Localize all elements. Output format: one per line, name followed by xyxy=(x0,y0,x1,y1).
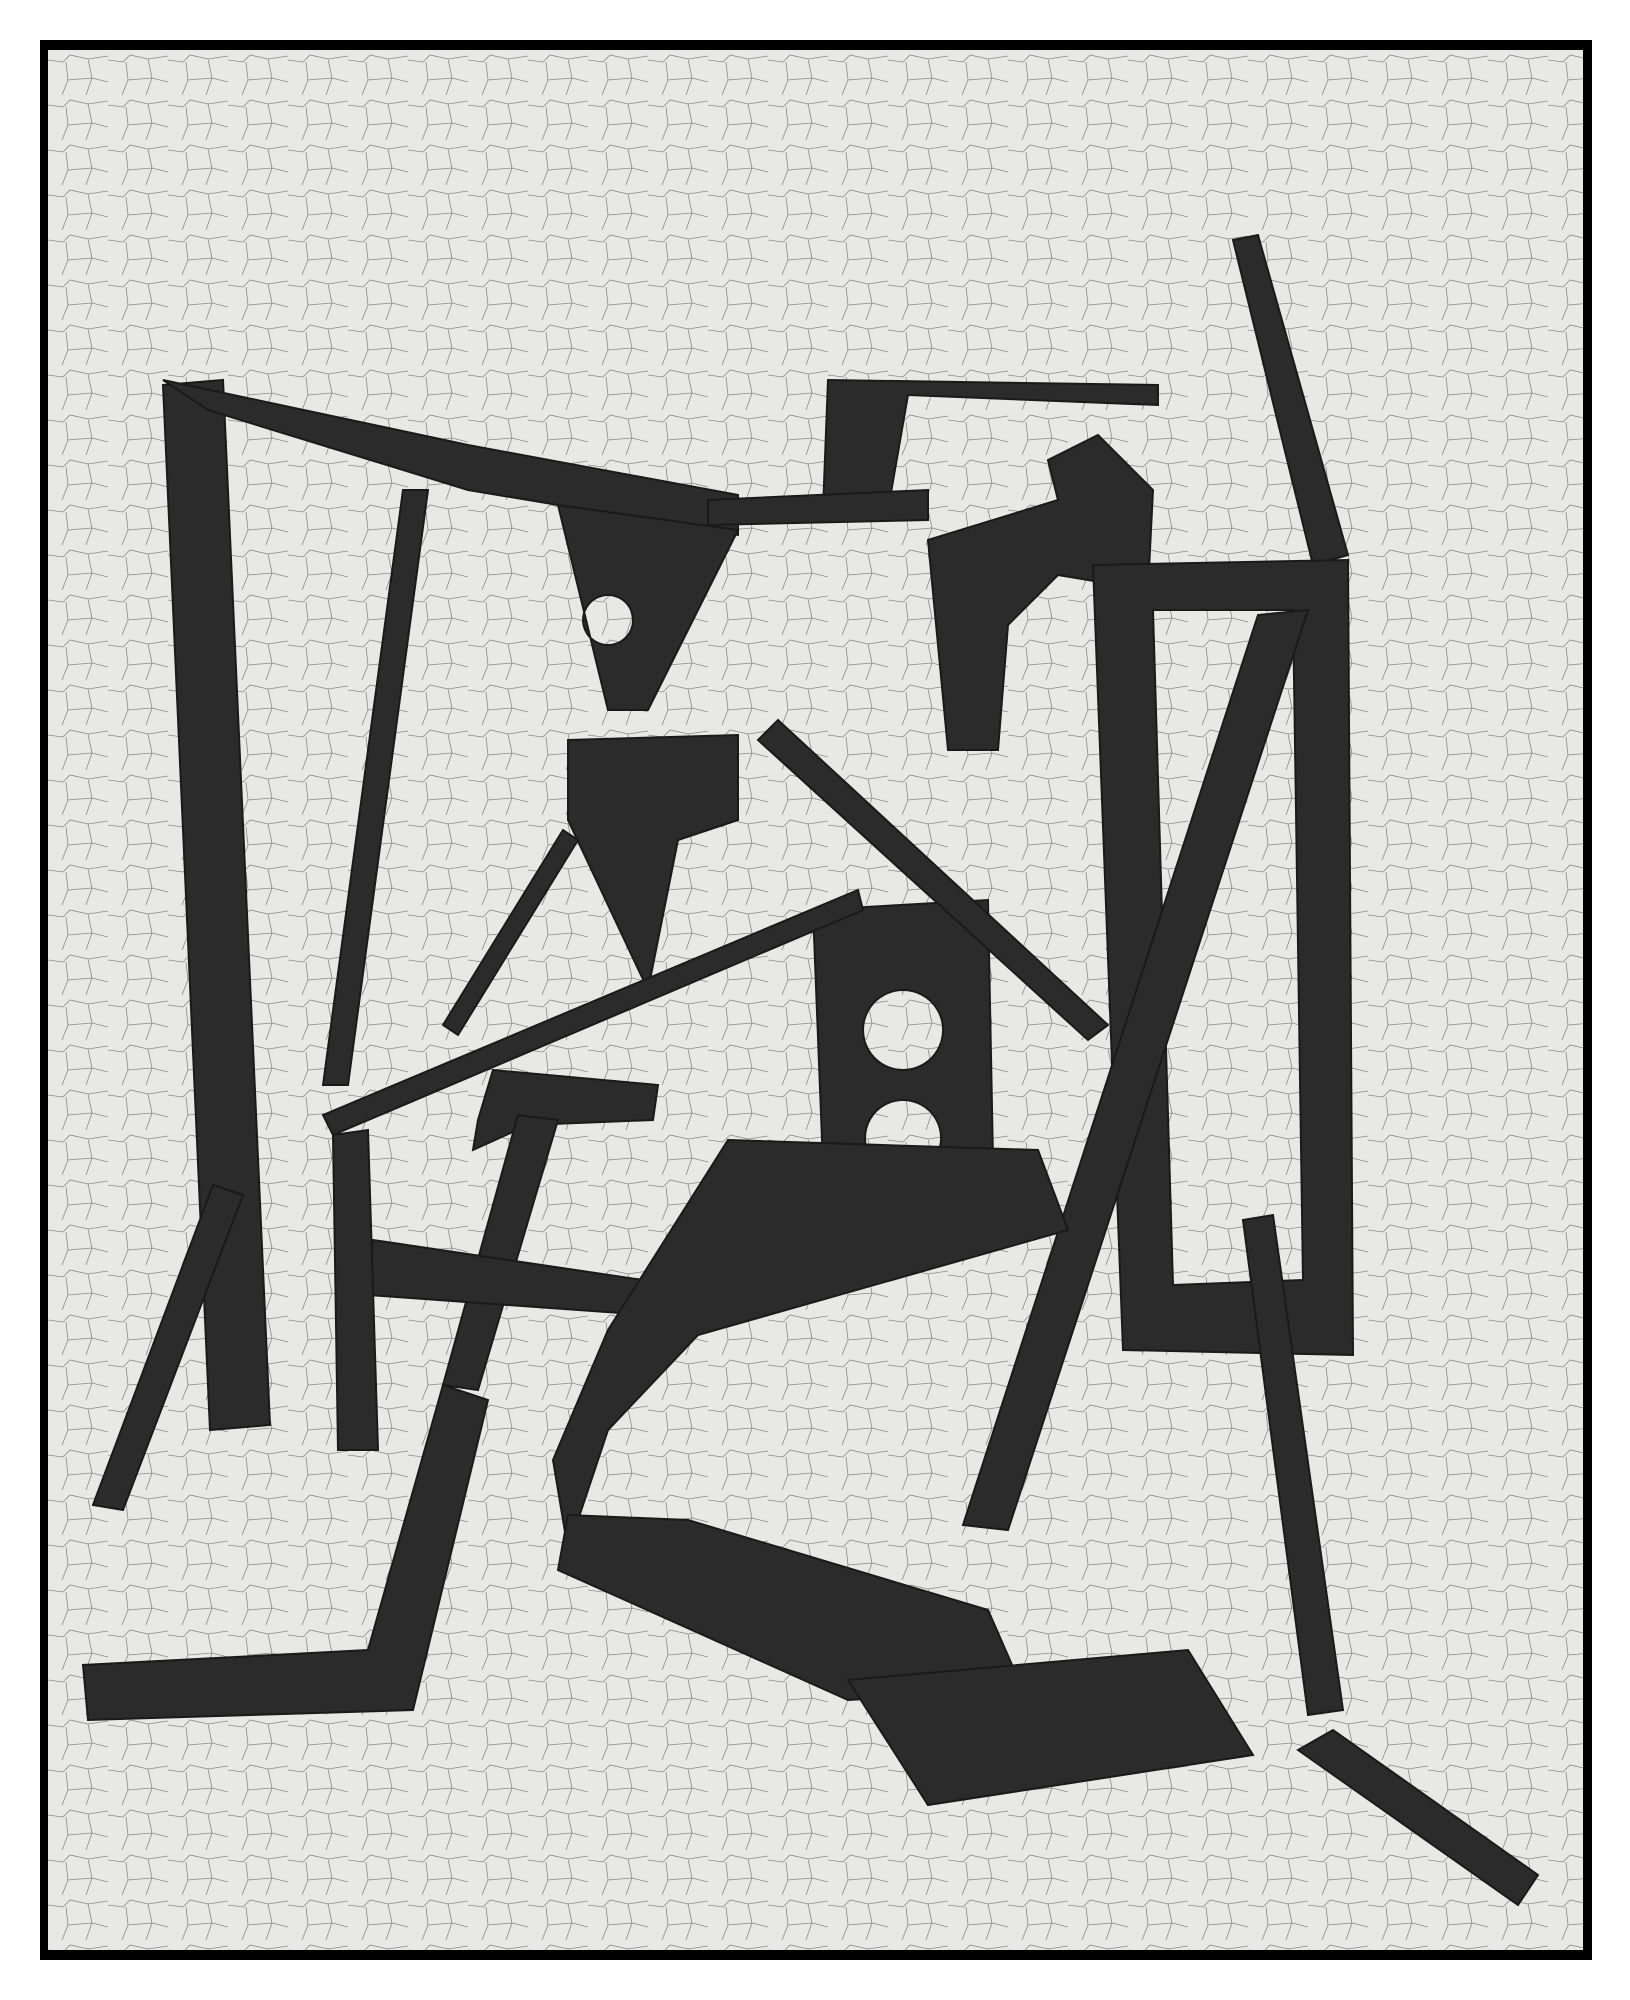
sculpture-illustration xyxy=(48,50,1583,1950)
sculpture-photograph xyxy=(48,50,1583,1950)
